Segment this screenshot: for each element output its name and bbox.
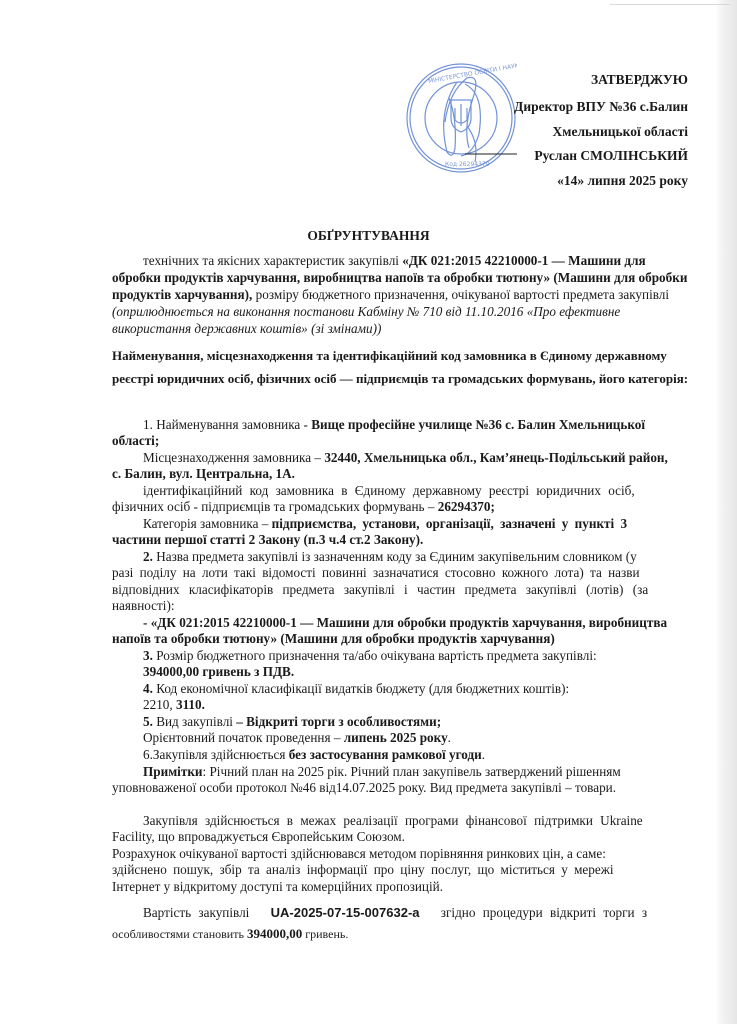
intro-line-3: продуктів харчування), розміру бюджетног… — [112, 287, 669, 303]
section-number: 2. — [143, 549, 153, 564]
id-code-line-2: фізичних осіб - підприємців та громадськ… — [112, 499, 495, 515]
section-2-line-2: разі поділу на лоти такі відомості повин… — [112, 565, 640, 581]
official-stamp-icon: МІНІСТЕРСТВО ОСВІТИ І НАУКИ Код 26294370 — [405, 62, 517, 174]
section-2-line-4: наявності): — [112, 598, 175, 614]
section-label: Назва предмета закупівлі із зазначенням … — [153, 549, 637, 564]
cost-line-2: особливостями становить 394000,00 гривен… — [112, 926, 348, 942]
document-page: МІНІСТЕРСТВО ОСВІТИ І НАУКИ Код 26294370… — [0, 0, 737, 1024]
calc-line-2: здійснено пошук, збір та аналіз інформац… — [112, 862, 614, 878]
section-number: 1. — [143, 417, 153, 432]
currency: гривень. — [302, 927, 348, 941]
customer-heading-line-1: Найменування, місцезнаходження та іденти… — [112, 348, 667, 364]
facility-line-1: Закупівля здійснюється в межах реалізаці… — [143, 813, 643, 829]
scan-edge-shadow — [715, 0, 737, 1024]
category-label: Категорія замовника – — [143, 516, 272, 531]
budget-code: 2210, — [143, 697, 176, 712]
intro-subject: продуктів харчування), — [112, 287, 252, 302]
id-code-line-1: ідентифікаційний код замовника в Єдиному… — [143, 483, 635, 499]
location-line-2: с. Балин, вул. Центральна, 1А. — [112, 466, 295, 482]
section-label: Код економічної класифікації видатків бю… — [153, 681, 569, 696]
section-label: Вид закупівлі — [153, 714, 236, 729]
svg-text:Код 26294370: Код 26294370 — [445, 161, 490, 168]
calc-line-1: Розрахунок очікуваної вартості здійснюва… — [112, 846, 606, 862]
section-1-line-2: області; — [112, 433, 159, 449]
facility-line-2: Facility, що впроваджується Європейським… — [112, 829, 405, 845]
cost-label: Вартість закупівлі — [143, 905, 249, 920]
framework-agreement-value: без застосування рамкової угоди — [289, 747, 482, 762]
calc-line-3: Інтернет у відкритому доступі та комерці… — [112, 879, 443, 895]
punctuation: . — [482, 747, 485, 762]
location-line-1: Місцезнаходження замовника – 32440, Хмел… — [143, 450, 668, 466]
intro-budget-text: розміру бюджетного призначення, очікуван… — [256, 287, 669, 302]
budget-amount: 394000,00 гривень з ПДВ. — [143, 664, 294, 680]
notes-line-1: Примітки: Річний план на 2025 рік. Річни… — [143, 764, 621, 780]
budget-code: 3110. — [176, 697, 205, 712]
category-line-2: частини першої статті 2 Закону (п.3 ч.4 … — [112, 532, 423, 548]
category-value: підприємства, установи, організації, заз… — [272, 516, 627, 531]
section-2-line-1: 2. Назва предмета закупівлі із зазначенн… — [143, 549, 637, 565]
notes-line-2: уповноваженої особи протокол №46 від14.0… — [112, 780, 616, 796]
document-title: ОБҐРУНТУВАННЯ — [0, 228, 737, 244]
section-6-line: 6.Закупівля здійснюється без застосуванн… — [143, 747, 485, 763]
section-number: 3. — [143, 648, 153, 663]
approval-name: Руслан СМОЛІНСЬКИЙ — [534, 148, 688, 164]
category-line-1: Категорія замовника – підприємства, уста… — [143, 516, 627, 532]
notes-text: : Річний план на 2025 рік. Річний план з… — [203, 764, 621, 779]
punctuation: . — [448, 730, 451, 745]
section-number: 5. — [143, 714, 153, 729]
budget-codes: 2210, 3110. — [143, 697, 205, 713]
customer-heading-line-2: реєстрі юридичних осіб, фізичних осіб — … — [112, 371, 688, 387]
section-2-value-2: напоїв та обробки тютюну» (Машини для об… — [112, 631, 555, 647]
section-4-line-1: 4. Код економічної класифікації видатків… — [143, 681, 569, 697]
customer-name: Вище професійне училище №36 с. Балин Хме… — [311, 417, 645, 432]
start-date-value: липень 2025 року — [344, 730, 448, 745]
approval-position: Директор ВПУ №36 с.Балин — [514, 99, 688, 115]
id-code-label: фізичних осіб - підприємців та громадськ… — [112, 499, 438, 514]
cost-line-1: Вартість закупівлі UA-2025-07-15-007632-… — [143, 905, 647, 921]
approval-date: «14» липня 2025 року — [557, 173, 688, 189]
tender-id: UA-2025-07-15-007632-a — [271, 905, 420, 920]
cost-text: особливостями становить — [112, 927, 247, 941]
approval-title: ЗАТВЕРДЖУЮ — [591, 72, 688, 88]
location-label: Місцезнаходження замовника – — [143, 450, 324, 465]
intro-line-4: (оприлюднюється на виконання постанови К… — [112, 304, 620, 320]
section-5-line-1: 5. Вид закупівлі – Відкриті торги з особ… — [143, 714, 441, 730]
section-label: Найменування замовника - — [153, 417, 311, 432]
procurement-type: – Відкриті торги з особливостями; — [236, 714, 441, 729]
section-3-line-1: 3. Розмір бюджетного призначення та/або … — [143, 648, 597, 664]
scan-top-edge — [610, 4, 730, 5]
section-label: Розмір бюджетного призначення та/або очі… — [153, 648, 597, 663]
intro-text: технічних та якісних характеристик закуп… — [143, 253, 399, 268]
notes-label: Примітки — [143, 764, 203, 779]
section-2-value-1: - «ДК 021:2015 42210000-1 — Машини для о… — [143, 615, 667, 631]
intro-line-2: обробки продуктів харчування, виробництв… — [112, 270, 687, 286]
section-label: 6.Закупівля здійснюється — [143, 747, 289, 762]
start-date-line: Орієнтовний початок проведення – липень … — [143, 730, 451, 746]
start-date-label: Орієнтовний початок проведення – — [143, 730, 344, 745]
location-value: 32440, Хмельницька обл., Кам’янець-Поділ… — [324, 450, 668, 465]
section-number: 4. — [143, 681, 153, 696]
intro-line-5: використання державних коштів» (зі зміна… — [112, 321, 381, 337]
intro-line-1: технічних та якісних характеристик закуп… — [143, 253, 646, 269]
cost-procedure-text: згідно процедури відкриті торги з — [441, 905, 647, 920]
approval-region: Хмельницької області — [553, 124, 688, 140]
section-1-line-1: 1. Найменування замовника - Вище професі… — [143, 417, 645, 433]
id-code-value: 26294370; — [438, 499, 495, 514]
cost-amount: 394000,00 — [247, 926, 302, 941]
section-2-line-3: відповідних класифікаторів предмета заку… — [112, 582, 648, 598]
intro-cpv-code: «ДК 021:2015 42210000-1 — Машини для — [402, 253, 645, 268]
